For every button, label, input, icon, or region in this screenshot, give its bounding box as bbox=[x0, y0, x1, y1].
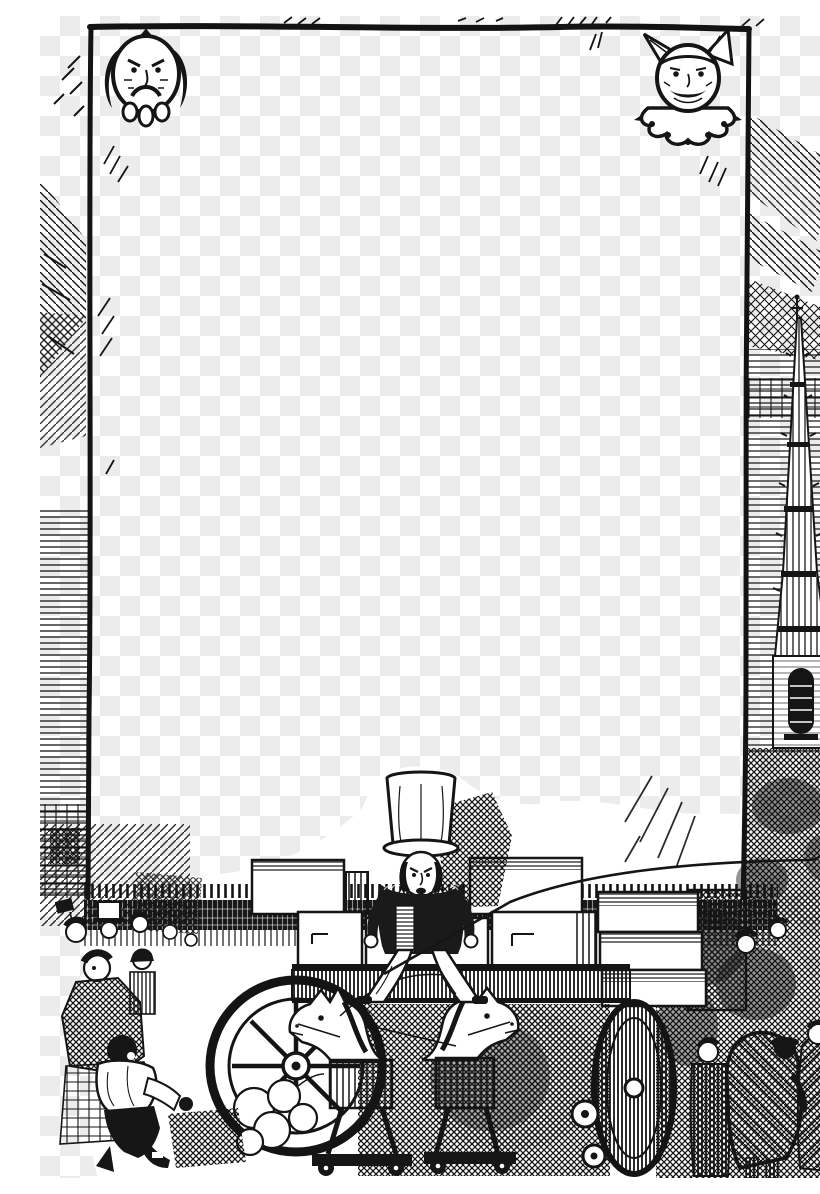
corner-jester-right bbox=[634, 30, 742, 145]
engraving-illustration bbox=[40, 16, 820, 1178]
corner-mask-left bbox=[105, 28, 187, 126]
woodcut-frame-drawing bbox=[40, 16, 820, 1178]
left-margin-hatching bbox=[40, 56, 89, 898]
stray-ticks bbox=[98, 17, 764, 868]
